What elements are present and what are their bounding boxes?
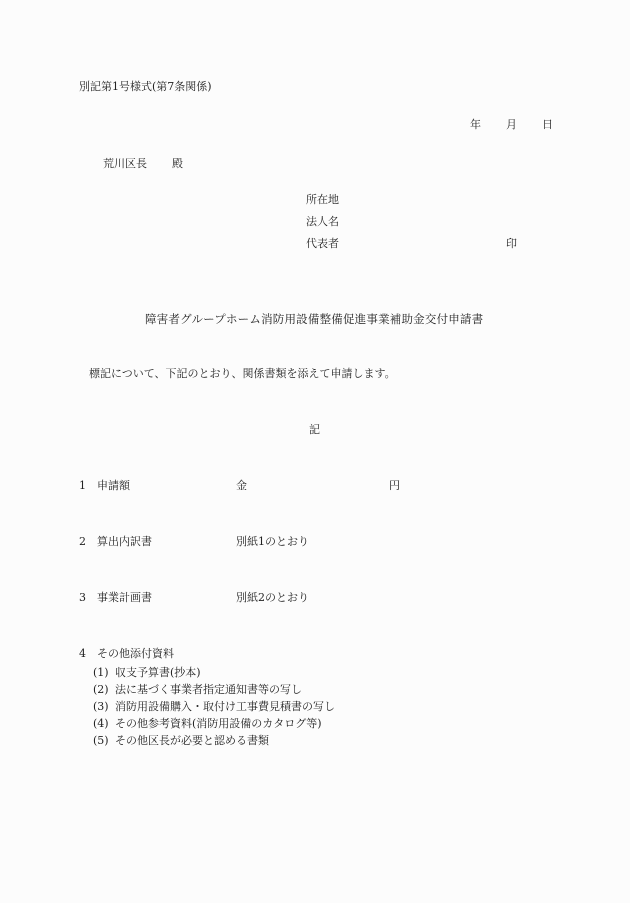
attachment-number: (5) (93, 732, 115, 749)
attachment-text: 法に基づく事業者指定通知書等の写し (115, 683, 302, 696)
attachment-number: (4) (93, 715, 115, 732)
item-2-number: 2 (79, 535, 86, 549)
date-year-label: 年 (470, 118, 481, 132)
addressee-name: 荒川区長 (103, 157, 147, 171)
attachment-text: 収支予算書(抄本) (115, 666, 201, 679)
applicant-representative-label: 代表者 (306, 237, 339, 251)
body-text: 標記について、下記のとおり、関係書類を添えて申請します。 (89, 367, 396, 381)
attachment-text: その他区長が必要と認める書類 (115, 734, 269, 747)
attachment-number: (3) (93, 698, 115, 715)
attachment-item: (5)その他区長が必要と認める書類 (93, 732, 335, 749)
item-1-value-suffix: 円 (389, 479, 400, 493)
item-3-number: 3 (79, 591, 86, 605)
attachment-item: (3)消防用設備購入・取付け工事費見積書の写し (93, 698, 335, 715)
attachment-text: その他参考資料(消防用設備のカタログ等) (115, 717, 322, 730)
item-3-label: 事業計画書 (97, 591, 152, 605)
item-1-value-prefix: 金 (236, 479, 247, 493)
attachment-item: (1)収支予算書(抄本) (93, 664, 335, 681)
date-day-label: 日 (542, 118, 553, 132)
item-1-number: 1 (79, 479, 86, 493)
attachment-item: (2)法に基づく事業者指定通知書等の写し (93, 681, 335, 698)
attachment-list: (1)収支予算書(抄本) (2)法に基づく事業者指定通知書等の写し (3)消防用… (93, 664, 335, 749)
item-4-label: その他添付資料 (97, 647, 174, 661)
applicant-corporation-label: 法人名 (306, 215, 339, 229)
item-2-value: 別紙1のとおり (236, 535, 309, 549)
ki-label: 記 (309, 423, 320, 437)
item-1-label: 申請額 (97, 479, 130, 493)
item-4-number: 4 (79, 647, 86, 661)
attachment-item: (4)その他参考資料(消防用設備のカタログ等) (93, 715, 335, 732)
attachment-text: 消防用設備購入・取付け工事費見積書の写し (115, 700, 335, 713)
addressee-honorific: 殿 (172, 157, 183, 171)
item-3-value: 別紙2のとおり (236, 591, 309, 605)
attachment-number: (2) (93, 681, 115, 698)
attachment-number: (1) (93, 664, 115, 681)
seal-label: 印 (506, 237, 517, 251)
item-2-label: 算出内訳書 (97, 535, 152, 549)
form-number: 別記第1号様式(第7条関係) (79, 80, 212, 94)
applicant-address-label: 所在地 (306, 193, 339, 207)
document-title: 障害者グループホーム消防用設備整備促進事業補助金交付申請書 (145, 312, 483, 326)
date-month-label: 月 (506, 118, 517, 132)
